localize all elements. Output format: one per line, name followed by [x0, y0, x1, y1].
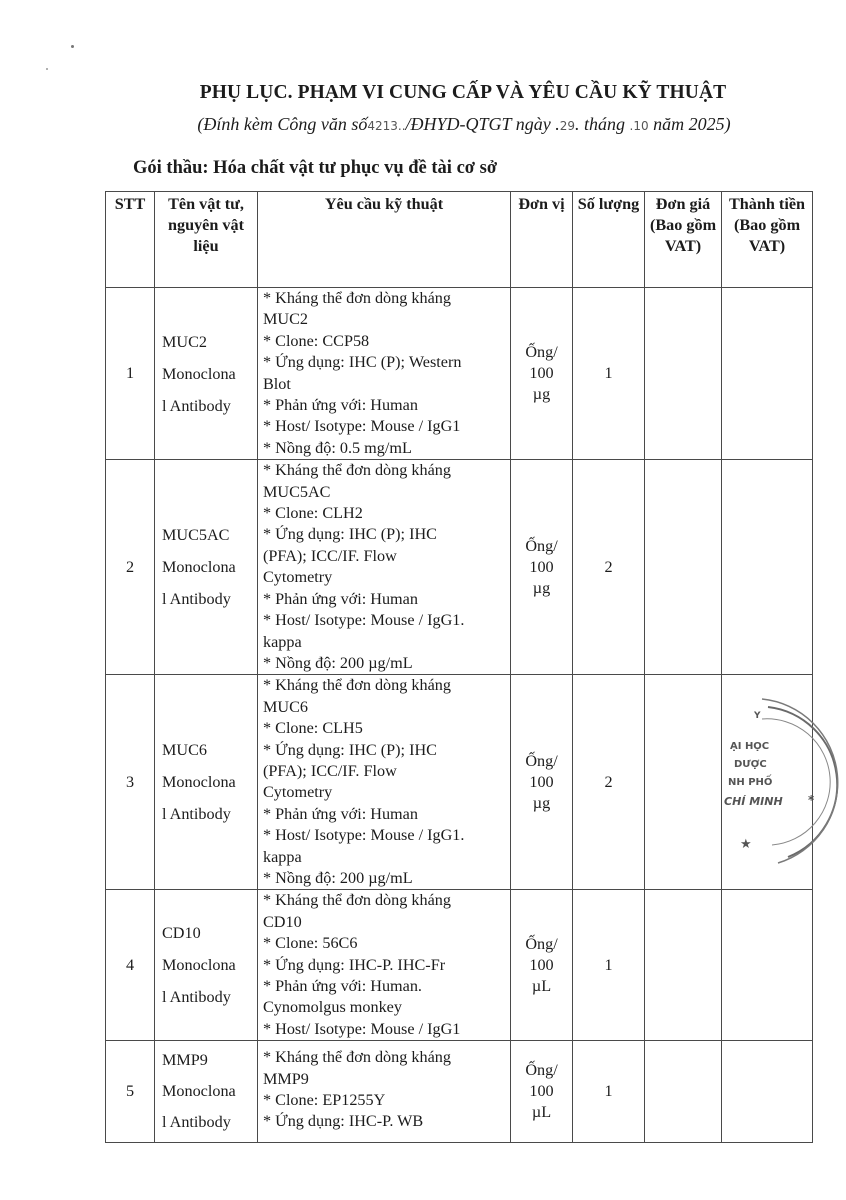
row-stt: 4 — [106, 890, 155, 1041]
unit-part: µg — [511, 578, 572, 599]
requirement-line: Cytometry — [263, 567, 510, 588]
item-name-line: Monoclona — [162, 1076, 257, 1107]
unit-part: µL — [511, 976, 572, 997]
row-quantity: 2 — [573, 460, 645, 675]
unit-part: 100 — [511, 363, 572, 384]
requirement-line: (PFA); ICC/IF. Flow — [263, 546, 510, 567]
requirement-line: * Host/ Isotype: Mouse / IgG1. — [263, 825, 510, 846]
item-name-line: MUC6 — [162, 734, 257, 766]
requirement-line: * Host/ Isotype: Mouse / IgG1 — [263, 416, 510, 437]
unit-part: 100 — [511, 1081, 572, 1102]
row-unit-price — [645, 890, 722, 1041]
row-stt: 5 — [106, 1041, 155, 1143]
unit-part: 100 — [511, 955, 572, 976]
requirement-line: * Host/ Isotype: Mouse / IgG1. — [263, 610, 510, 631]
row-unit: Ống/100µg — [511, 288, 573, 460]
item-name-line: Monoclona — [162, 358, 257, 390]
row-unit-price — [645, 1041, 722, 1143]
handwritten-month: .10 — [630, 119, 649, 133]
requirement-line: MUC5AC — [263, 482, 510, 503]
requirement-line: * Kháng thể đơn dòng kháng — [263, 890, 510, 911]
unit-part: µL — [511, 1102, 572, 1123]
row-unit-price — [645, 288, 722, 460]
row-requirements: * Kháng thể đơn dòng khángMUC6* Clone: C… — [258, 675, 511, 890]
row-unit: Ống/100µg — [511, 675, 573, 890]
scan-speck — [46, 68, 48, 70]
unit-part: Ống/ — [511, 934, 572, 955]
requirement-line: * Nồng độ: 200 µg/mL — [263, 868, 510, 889]
item-name-line: l Antibody — [162, 1107, 257, 1138]
table-header-row: STT Tên vật tư, nguyên vật liệu Yêu cầu … — [106, 192, 813, 288]
requirement-line: * Kháng thể đơn dòng kháng — [263, 460, 510, 481]
subtitle-month-label: . tháng — [575, 114, 630, 134]
header-requirements: Yêu cầu kỹ thuật — [258, 192, 511, 288]
requirement-line: * Nồng độ: 200 µg/mL — [263, 653, 510, 674]
row-total — [722, 890, 813, 1041]
row-quantity: 1 — [573, 288, 645, 460]
table-row: 4CD10Monoclonal Antibody* Kháng thể đơn … — [106, 890, 813, 1041]
item-name-line: l Antibody — [162, 981, 257, 1013]
header-quantity: Số lượng — [573, 192, 645, 288]
item-name-line: l Antibody — [162, 583, 257, 615]
subtitle-prefix: (Đính kèm Công văn số — [197, 114, 367, 134]
subtitle-suffix: năm 2025) — [649, 114, 731, 134]
package-heading: Gói thầu: Hóa chất vật tư phục vụ đề tài… — [133, 158, 497, 179]
requirement-line: * Kháng thể đơn dòng kháng — [263, 288, 510, 309]
unit-part: 100 — [511, 557, 572, 578]
document-subtitle: (Đính kèm Công văn số4213../ĐHYD-QTGT ng… — [0, 114, 846, 135]
scan-speck — [71, 45, 74, 48]
requirement-line: * Ứng dụng: IHC (P); IHC — [263, 740, 510, 761]
requirement-line: * Phản ứng với: Human. — [263, 976, 510, 997]
requirement-line: * Clone: CLH2 — [263, 503, 510, 524]
subtitle-middle: /ĐHYD-QTGT ngày . — [406, 114, 560, 134]
requirements-table: STT Tên vật tư, nguyên vật liệu Yêu cầu … — [105, 191, 813, 1143]
requirement-line: * Clone: CLH5 — [263, 718, 510, 739]
requirement-line: * Nồng độ: 0.5 mg/mL — [263, 438, 510, 459]
requirement-line: CD10 — [263, 912, 510, 933]
row-requirements: * Kháng thể đơn dòng khángMUC2* Clone: C… — [258, 288, 511, 460]
unit-part: Ống/ — [511, 751, 572, 772]
requirement-line: * Ứng dụng: IHC-P. IHC-Fr — [263, 955, 510, 976]
requirement-line: MUC2 — [263, 309, 510, 330]
requirement-line: MUC6 — [263, 697, 510, 718]
requirement-line: * Ứng dụng: IHC (P); Western — [263, 352, 510, 373]
row-unit-price — [645, 460, 722, 675]
handwritten-doc-number: 4213.. — [367, 119, 405, 133]
unit-part: µg — [511, 384, 572, 405]
requirement-line: * Phản ứng với: Human — [263, 395, 510, 416]
item-name-line: Monoclona — [162, 766, 257, 798]
row-item-name: MUC6Monoclonal Antibody — [155, 675, 258, 890]
row-stt: 3 — [106, 675, 155, 890]
row-unit-price — [645, 675, 722, 890]
table-row: 2MUC5ACMonoclonal Antibody* Kháng thể đơ… — [106, 460, 813, 675]
requirement-line: * Ứng dụng: IHC-P. WB — [263, 1111, 510, 1132]
requirement-line: * Phản ứng với: Human — [263, 804, 510, 825]
requirement-line: * Host/ Isotype: Mouse / IgG1 — [263, 1019, 510, 1040]
unit-part: Ống/ — [511, 1060, 572, 1081]
item-name-line: l Antibody — [162, 390, 257, 422]
requirement-line: MMP9 — [263, 1069, 510, 1090]
unit-part: Ống/ — [511, 342, 572, 363]
row-total — [722, 675, 813, 890]
requirement-line: * Clone: CCP58 — [263, 331, 510, 352]
row-item-name: MUC2Monoclonal Antibody — [155, 288, 258, 460]
unit-part: 100 — [511, 772, 572, 793]
table-row: 1MUC2Monoclonal Antibody* Kháng thể đơn … — [106, 288, 813, 460]
header-item-name: Tên vật tư, nguyên vật liệu — [155, 192, 258, 288]
row-total — [722, 460, 813, 675]
unit-part: µg — [511, 793, 572, 814]
requirement-line: kappa — [263, 847, 510, 868]
item-name-line: MUC5AC — [162, 519, 257, 551]
requirement-line: * Kháng thể đơn dòng kháng — [263, 675, 510, 696]
item-name-line: MMP9 — [162, 1045, 257, 1076]
row-item-name: CD10Monoclonal Antibody — [155, 890, 258, 1041]
header-unit: Đơn vị — [511, 192, 573, 288]
item-name-line: MUC2 — [162, 326, 257, 358]
row-stt: 1 — [106, 288, 155, 460]
item-name-line: l Antibody — [162, 798, 257, 830]
item-name-line: Monoclona — [162, 949, 257, 981]
header-total: Thành tiền (Bao gồm VAT) — [722, 192, 813, 288]
header-unit-price: Đơn giá (Bao gồm VAT) — [645, 192, 722, 288]
row-requirements: * Kháng thể đơn dòng khángMUC5AC* Clone:… — [258, 460, 511, 675]
requirement-line: * Kháng thể đơn dòng kháng — [263, 1047, 510, 1068]
row-total — [722, 1041, 813, 1143]
requirement-line: * Clone: EP1255Y — [263, 1090, 510, 1111]
handwritten-day: 29 — [560, 119, 575, 133]
row-total — [722, 288, 813, 460]
row-unit: Ống/100µg — [511, 460, 573, 675]
requirement-line: (PFA); ICC/IF. Flow — [263, 761, 510, 782]
row-unit: Ống/100µL — [511, 1041, 573, 1143]
requirement-line: * Ứng dụng: IHC (P); IHC — [263, 524, 510, 545]
row-item-name: MUC5ACMonoclonal Antibody — [155, 460, 258, 675]
row-quantity: 1 — [573, 890, 645, 1041]
requirement-line: Cynomolgus monkey — [263, 997, 510, 1018]
row-quantity: 2 — [573, 675, 645, 890]
item-name-line: Monoclona — [162, 551, 257, 583]
row-stt: 2 — [106, 460, 155, 675]
row-unit: Ống/100µL — [511, 890, 573, 1041]
row-item-name: MMP9Monoclonal Antibody — [155, 1041, 258, 1143]
unit-part: Ống/ — [511, 536, 572, 557]
requirement-line: Cytometry — [263, 782, 510, 803]
requirement-line: * Phản ứng với: Human — [263, 589, 510, 610]
header-stt: STT — [106, 192, 155, 288]
requirement-line: Blot — [263, 374, 510, 395]
requirement-line: kappa — [263, 632, 510, 653]
requirement-line: * Clone: 56C6 — [263, 933, 510, 954]
item-name-line: CD10 — [162, 917, 257, 949]
table-row: 3MUC6Monoclonal Antibody* Kháng thể đơn … — [106, 675, 813, 890]
row-requirements: * Kháng thể đơn dòng khángCD10* Clone: 5… — [258, 890, 511, 1041]
table-row: 5MMP9Monoclonal Antibody* Kháng thể đơn … — [106, 1041, 813, 1143]
row-requirements: * Kháng thể đơn dòng khángMMP9* Clone: E… — [258, 1041, 511, 1143]
row-quantity: 1 — [573, 1041, 645, 1143]
document-title: PHỤ LỤC. PHẠM VI CUNG CẤP VÀ YÊU CẦU KỸ … — [0, 82, 846, 104]
